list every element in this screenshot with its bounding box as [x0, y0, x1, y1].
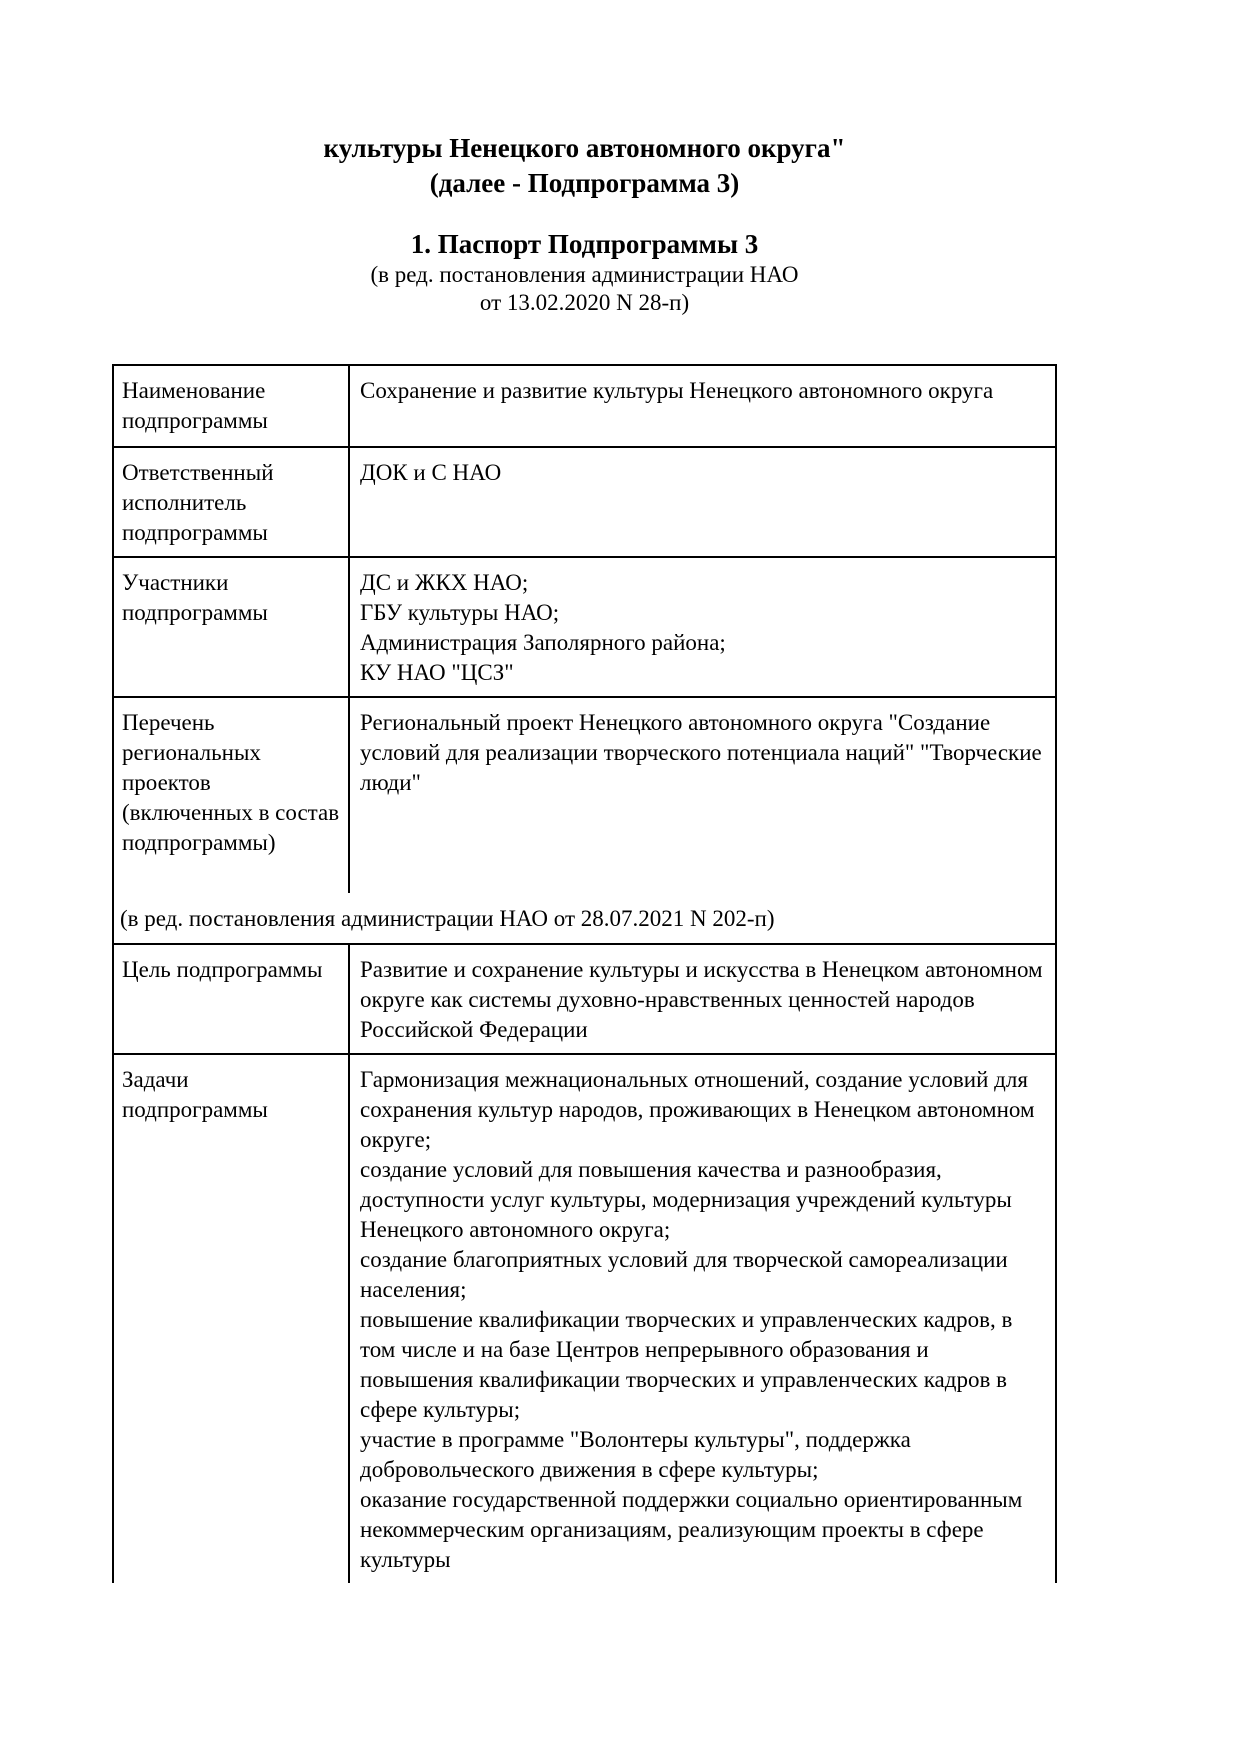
- heading-amendment-note: (в ред. постановления администрации НАО …: [112, 261, 1057, 317]
- row-executor-value: ДОК и С НАО: [350, 448, 1055, 556]
- table-row-amendment: (в ред. постановления администрации НАО …: [114, 893, 1055, 945]
- table-amendment-note: (в ред. постановления администрации НАО …: [114, 893, 1055, 943]
- heading-amendment-note-line2: от 13.02.2020 N 28-п): [112, 289, 1057, 317]
- section-heading: 1. Паспорт Подпрограммы 3: [112, 228, 1057, 261]
- row-goal-value: Развитие и сохранение культуры и искусст…: [350, 945, 1055, 1053]
- row-regional-projects-label: Перечень региональных проектов (включенн…: [114, 698, 350, 893]
- row-name-value: Сохранение и развитие культуры Ненецкого…: [350, 366, 1055, 446]
- document-title-line1: культуры Ненецкого автономного округа": [112, 131, 1057, 166]
- document-title-line2: (далее - Подпрограмма 3): [112, 166, 1057, 201]
- table-row-name: Наименование подпрограммы Сохранение и р…: [114, 366, 1055, 448]
- table-row-goal: Цель подпрограммы Развитие и сохранение …: [114, 945, 1055, 1055]
- row-tasks-label: Задачи подпрограммы: [114, 1055, 350, 1583]
- row-goal-label: Цель подпрограммы: [114, 945, 350, 1053]
- table-row-regional-projects: Перечень региональных проектов (включенн…: [114, 698, 1055, 893]
- table-row-executor: Ответственный исполнитель подпрограммы Д…: [114, 448, 1055, 558]
- document-title: культуры Ненецкого автономного округа" (…: [112, 131, 1057, 201]
- row-participants-value: ДС и ЖКХ НАО; ГБУ культуры НАО; Админист…: [350, 558, 1055, 696]
- row-participants-label: Участники подпрограммы: [114, 558, 350, 696]
- row-executor-label: Ответственный исполнитель подпрограммы: [114, 448, 350, 556]
- table-row-participants: Участники подпрограммы ДС и ЖКХ НАО; ГБУ…: [114, 558, 1055, 698]
- document-content: культуры Ненецкого автономного округа" (…: [112, 131, 1057, 1583]
- row-tasks-value: Гармонизация межнациональных отношений, …: [350, 1055, 1055, 1583]
- document-page: культуры Ненецкого автономного округа" (…: [0, 0, 1240, 1754]
- heading-amendment-note-line1: (в ред. постановления администрации НАО: [112, 261, 1057, 289]
- table-row-tasks: Задачи подпрограммы Гармонизация межнаци…: [114, 1055, 1055, 1583]
- row-name-label: Наименование подпрограммы: [114, 366, 350, 446]
- row-regional-projects-value: Региональный проект Ненецкого автономног…: [350, 698, 1055, 893]
- passport-table: Наименование подпрограммы Сохранение и р…: [112, 364, 1057, 1583]
